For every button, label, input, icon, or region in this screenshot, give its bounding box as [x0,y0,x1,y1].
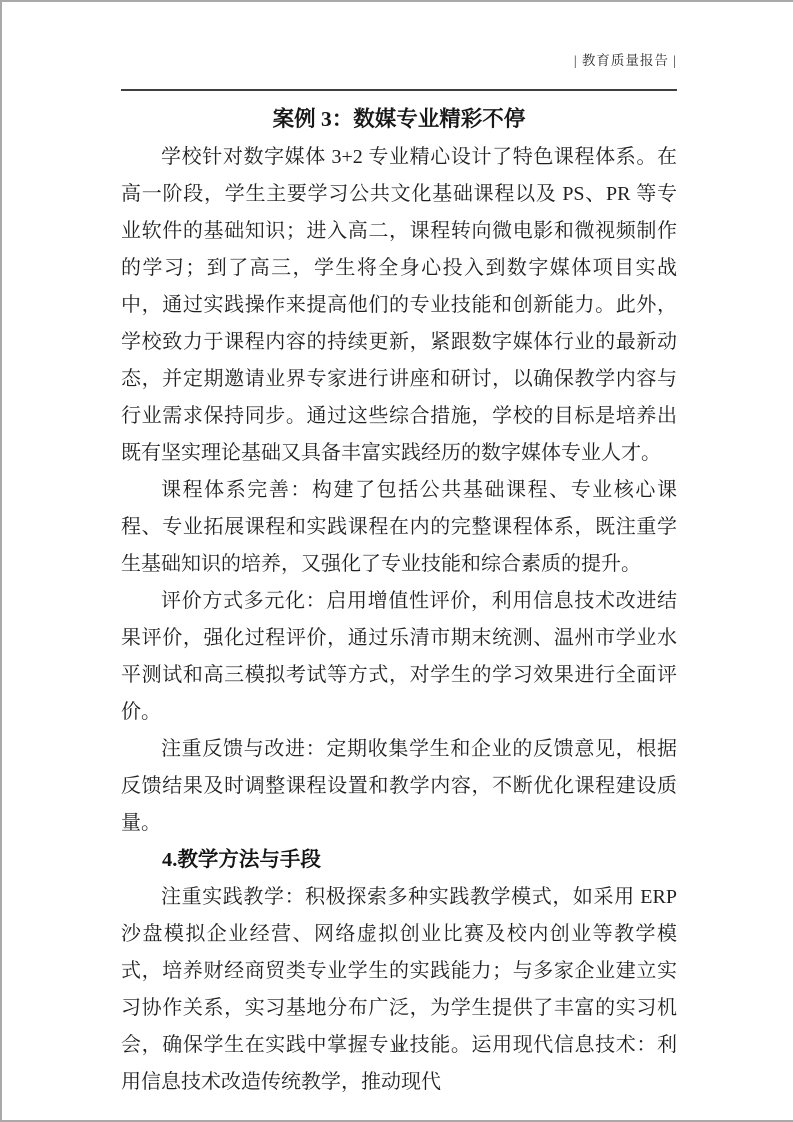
body-paragraph: 注重反馈与改进：定期收集学生和企业的反馈意见，根据反馈结果及时调整课程设置和教学… [121,731,677,842]
body-paragraph: 评价方式多元化：启用增值性评价，利用信息技术改进结果评价，强化过程评价，通过乐清… [121,583,677,731]
page-content: | 教育质量报告 | 案例 3：数媒专业精彩不停 学校针对数字媒体 3+2 专业… [121,2,677,1101]
case-title: 案例 3：数媒专业精彩不停 [121,99,677,139]
section-heading: 4.教学方法与手段 [121,842,677,879]
body-paragraph: 课程体系完善：构建了包括公共基础课程、专业核心课程、专业拓展课程和实践课程在内的… [121,472,677,583]
document-page: | 教育质量报告 | 案例 3：数媒专业精彩不停 学校针对数字媒体 3+2 专业… [0,0,793,1122]
body-paragraph: 注重实践教学：积极探索多种实践教学模式，如采用 ERP 沙盘模拟企业经营、网络虚… [121,879,677,1101]
header-rule [121,89,677,91]
body-text: 学校针对数字媒体 3+2 专业精心设计了特色课程体系。在高一阶段，学生主要学习公… [121,139,677,1101]
page-number: 15 [2,1040,793,1056]
body-paragraph: 学校针对数字媒体 3+2 专业精心设计了特色课程体系。在高一阶段，学生主要学习公… [121,139,677,472]
report-header: | 教育质量报告 | [121,2,677,69]
